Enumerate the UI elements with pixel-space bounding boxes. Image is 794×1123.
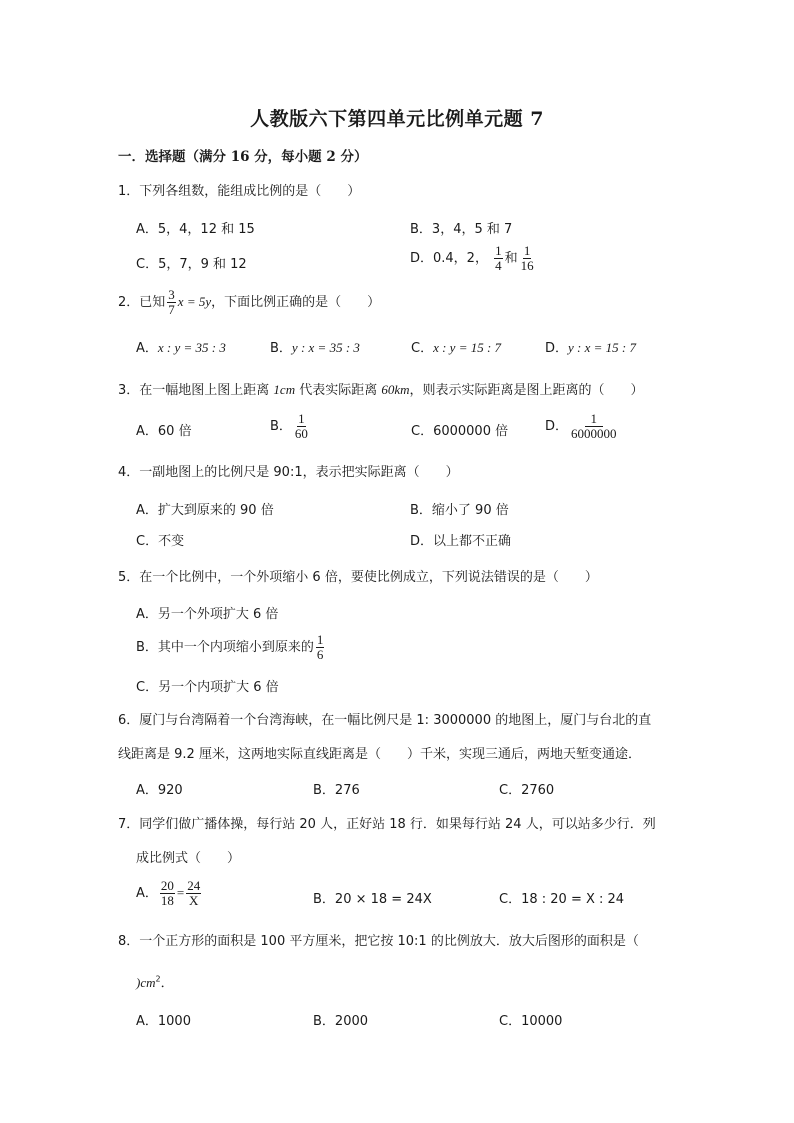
fraction: 24X [186, 879, 201, 908]
question-6-stem-line2: 线距离是 9.2 厘米，这两地实际直线距离是（ ）千米，实现三通后，两地天堑变通… [118, 743, 641, 762]
question-1-stem: 1．下列各组数，能组成比例的是（ ） [118, 180, 360, 199]
fraction: 16000000 [570, 412, 618, 441]
question-4-stem: 4．一副地图上的比例尺是 90:1，表示把实际距离（ ） [118, 461, 459, 480]
fraction: 116 [520, 244, 535, 273]
q2-option-c: C．x : y = 15 : 7 [411, 337, 501, 356]
q7-option-a: A．2018=24X [136, 879, 203, 908]
q5-option-c: C．另一个内项扩大 6 倍 [136, 676, 279, 695]
q2-option-d: D．y : x = 15 : 7 [545, 337, 636, 356]
question-3-stem: 3．在一幅地图上图上距离 1cm 代表实际距离 60km，则表示实际距离是图上距… [118, 379, 644, 398]
q5-option-b: B．其中一个内项缩小到原来的16 [136, 633, 326, 662]
page-title: 人教版六下第四单元比例单元题 7 [0, 104, 794, 131]
question-6-stem-line1: 6．厦门与台湾隔着一个台湾海峡，在一幅比例尺是 1: 3000000 的地图上，… [118, 709, 651, 728]
question-8-stem-line1: 8．一个正方形的面积是 100 平方厘米，把它按 10:1 的比例放大．放大后图… [118, 930, 639, 949]
q4-option-a: A．扩大到原来的 90 倍 [136, 499, 274, 518]
q1-option-d: D．0.4，2， 14和116 [410, 244, 537, 273]
fraction: 2018 [160, 879, 175, 908]
fraction: 16 [316, 633, 325, 662]
q6-option-b: B．276 [313, 779, 360, 798]
q8-option-c: C．10000 [499, 1010, 562, 1029]
q1-option-a: A．5，4，12 和 15 [136, 218, 255, 237]
question-7-stem-line1: 7．同学们做广播体操，每行站 20 人，正好站 18 行．如果每行站 24 人，… [118, 813, 656, 832]
q1-option-c: C．5，7，9 和 12 [136, 253, 247, 272]
q7-option-c: C．18 : 20 = X : 24 [499, 888, 624, 907]
question-8-stem-line2: )cm2． [136, 972, 174, 991]
fraction: 37 [167, 288, 176, 317]
q3-option-a: A．60 倍 [136, 420, 192, 439]
question-5-stem: 5．在一个比例中，一个外项缩小 6 倍，要使比例成立，下列说法错误的是（ ） [118, 566, 598, 585]
q4-option-d: D．以上都不正确 [410, 530, 511, 549]
question-7-stem-line2: 成比例式（ ） [136, 847, 240, 866]
question-2-stem: 2．已知37x = 5y，下面比例正确的是（ ） [118, 288, 380, 317]
q2-option-b: B．y : x = 35 : 3 [270, 337, 360, 356]
fraction: 14 [494, 244, 503, 273]
section-heading: 一．选择题（满分 16 分，每小题 2 分） [118, 145, 367, 165]
q6-option-a: A．920 [136, 779, 183, 798]
fraction: 160 [294, 412, 309, 441]
q2-option-a: A．x : y = 35 : 3 [136, 337, 226, 356]
question-number: 1． [118, 184, 139, 199]
q8-option-b: B．2000 [313, 1010, 368, 1029]
q7-option-b: B．20 × 18 = 24X [313, 888, 432, 907]
q6-option-c: C．2760 [499, 779, 554, 798]
q3-option-c: C．6000000 倍 [411, 420, 508, 439]
q3-option-d: D．16000000 [545, 412, 620, 441]
q8-option-a: A．1000 [136, 1010, 191, 1029]
q5-option-a: A．另一个外项扩大 6 倍 [136, 603, 278, 622]
q1-option-b: B．3，4，5 和 7 [410, 218, 512, 237]
q4-option-b: B．缩小了 90 倍 [410, 499, 509, 518]
q3-option-b: B．160 [270, 412, 311, 441]
q4-option-c: C．不变 [136, 530, 184, 549]
